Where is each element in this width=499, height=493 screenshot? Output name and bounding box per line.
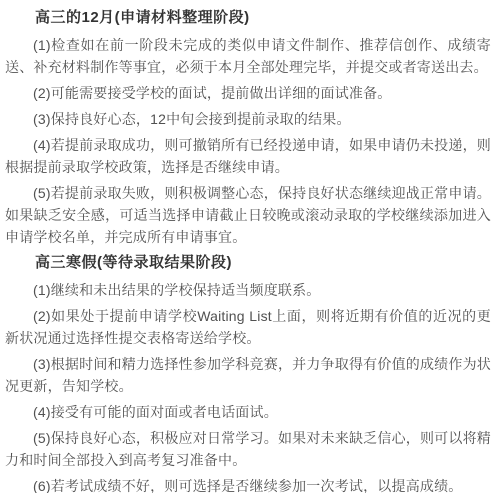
section-winter-vacation: 高三寒假(等待录取结果阶段) (1)继续和未出结果的学校保持适当频度联系。 (2… xyxy=(5,252,491,493)
paragraph: (6)若考试成绩不好，则可选择是否继续参加一次考试，以提高成绩。 xyxy=(5,475,491,493)
paragraph: (2)如果处于提前申请学校Waiting List上面，则将近期有价值的近况的更… xyxy=(5,305,491,349)
article: 高三的12月(申请材料整理阶段) (1)检查如在前一阶段未完成的类似申请文件制作… xyxy=(0,0,499,493)
section-december: 高三的12月(申请材料整理阶段) (1)检查如在前一阶段未完成的类似申请文件制作… xyxy=(5,7,491,248)
paragraph: (4)若提前录取成功，则可撤销所有已经投递申请，如果申请仍未投递，则根据提前录取… xyxy=(5,134,491,178)
paragraph: (2)可能需要接受学校的面试，提前做出详细的面试准备。 xyxy=(5,82,491,104)
paragraph: (4)接受有可能的面对面或者电话面试。 xyxy=(5,401,491,423)
paragraph: (5)保持良好心态，积极应对日常学习。如果对未来缺乏信心，则可以将精力和时间全部… xyxy=(5,427,491,471)
paragraph: (3)保持良好心态，12中旬会接到提前录取的结果。 xyxy=(5,108,491,130)
section-heading: 高三寒假(等待录取结果阶段) xyxy=(5,252,491,274)
paragraph: (5)若提前录取失败，则积极调整心态，保持良好状态继续迎战正常申请。如果缺乏安全… xyxy=(5,182,491,248)
paragraph: (1)检查如在前一阶段未完成的类似申请文件制作、推荐信创作、成绩寄送、补充材料制… xyxy=(5,34,491,78)
section-heading: 高三的12月(申请材料整理阶段) xyxy=(5,7,491,29)
paragraph: (3)根据时间和精力选择性参加学科竞赛，并力争取得有价值的成绩作为状况更新，告知… xyxy=(5,353,491,397)
paragraph: (1)继续和未出结果的学校保持适当频度联系。 xyxy=(5,279,491,301)
